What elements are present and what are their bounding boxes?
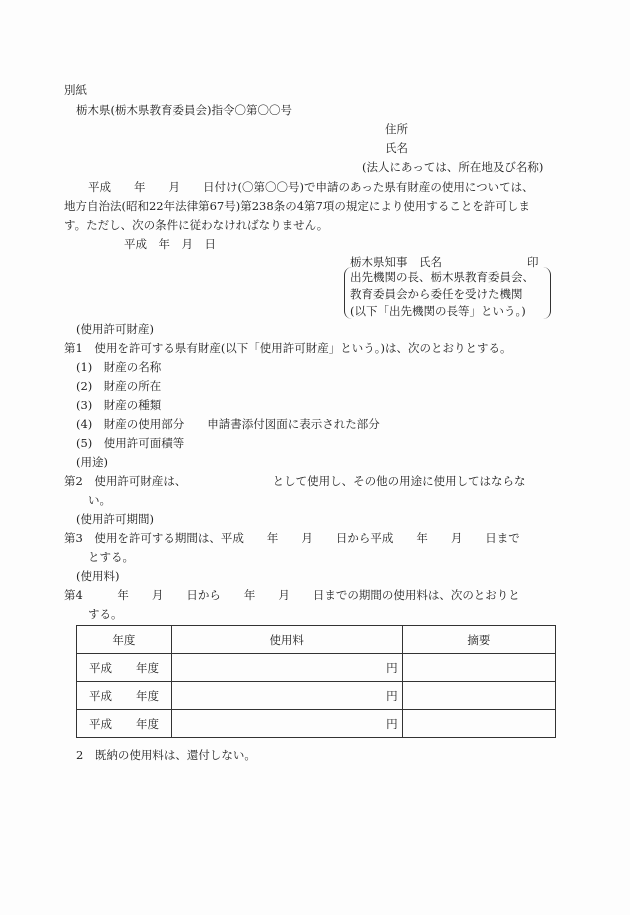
remarks-cell [402,710,555,738]
attachment-label: 別紙 [64,83,87,97]
table-row: 平成年度 円 [77,710,556,738]
article-2-text: 第2 使用許可財産は、 として使用し、その他の用途に使用してはならな [64,474,526,488]
article-1-item: (2) 財産の所在 [76,379,161,393]
header-fiscal-year: 年度 [77,626,172,654]
corp-note: (法人にあっては、所在地及び名称) [362,160,543,174]
table-row: 平成年度 円 [77,682,556,710]
directive-number: 栃木県(栃木県教育委員会)指令〇第〇〇号 [76,103,292,117]
year-suffix: 年度 [136,716,159,732]
footer-note: 2 既納の使用料は、還付しない。 [76,748,256,762]
header-remarks: 摘要 [402,626,555,654]
era: 平成 [89,660,112,676]
year-suffix: 年度 [136,660,159,676]
article-1-item: (1) 財産の名称 [76,360,161,374]
article-2-text-cont: い。 [88,493,111,507]
fee-table: 年度 使用料 摘要 平成年度 円 平成年度 円 平成年度 円 [76,625,556,738]
era: 平成 [89,688,112,704]
article-3-heading: (使用許可期間) [76,512,154,526]
header-fee: 使用料 [171,626,402,654]
article-4-text-cont: する。 [88,607,123,621]
fee-cell: 円 [171,710,402,738]
body-line-1: 平成 年 月 日付け(〇第〇〇号)で申請のあった県有財産の使用については、 [88,180,534,194]
table-header-row: 年度 使用料 摘要 [77,626,556,654]
bracket-line-2: 教育委員会から委任を受けた機関 [350,287,523,301]
issue-date: 平成 年 月 日 [124,237,216,251]
year-suffix: 年度 [136,688,159,704]
article-4-text: 第4 年 月 日から 年 月 日までの期間の使用料は、次のとおりと [64,588,520,602]
fee-cell: 円 [171,654,402,682]
fiscal-year-cell: 平成年度 [77,710,172,738]
fee-cell: 円 [171,682,402,710]
bracket-line-3: (以下「出先機関の長等」という。) [350,304,526,318]
table-row: 平成年度 円 [77,654,556,682]
fiscal-year-cell: 平成年度 [77,682,172,710]
body-line-3: す。ただし、次の条件に従わなければなりません。 [64,218,328,232]
article-1-item: (3) 財産の種類 [76,398,161,412]
remarks-cell [402,682,555,710]
fiscal-year-cell: 平成年度 [77,654,172,682]
name-label: 氏名 [385,141,408,155]
article-2-heading: (用途) [76,455,108,469]
article-1-text: 第1 使用を許可する県有財産(以下「使用許可財産」という。)は、次のとおりとする… [64,341,512,355]
article-3-text-cont: とする。 [88,550,134,564]
article-1-item: (5) 使用許可面積等 [76,436,184,450]
article-1-heading: (使用許可財産) [76,322,154,336]
era: 平成 [89,716,112,732]
article-3-text: 第3 使用を許可する期間は、平成 年 月 日から平成 年 月 日まで [64,531,520,545]
body-line-2: 地方自治法(昭和22年法律第67号)第238条の4第7項の規定により使用すること… [64,199,530,213]
article-1-item: (4) 財産の使用部分 申請書添付図面に表示された部分 [76,417,380,431]
remarks-cell [402,654,555,682]
bracket-line-1: 出先機関の長、栃木県教育委員会、 [350,270,534,284]
address-label: 住所 [385,122,408,136]
article-4-heading: (使用料) [76,569,119,583]
